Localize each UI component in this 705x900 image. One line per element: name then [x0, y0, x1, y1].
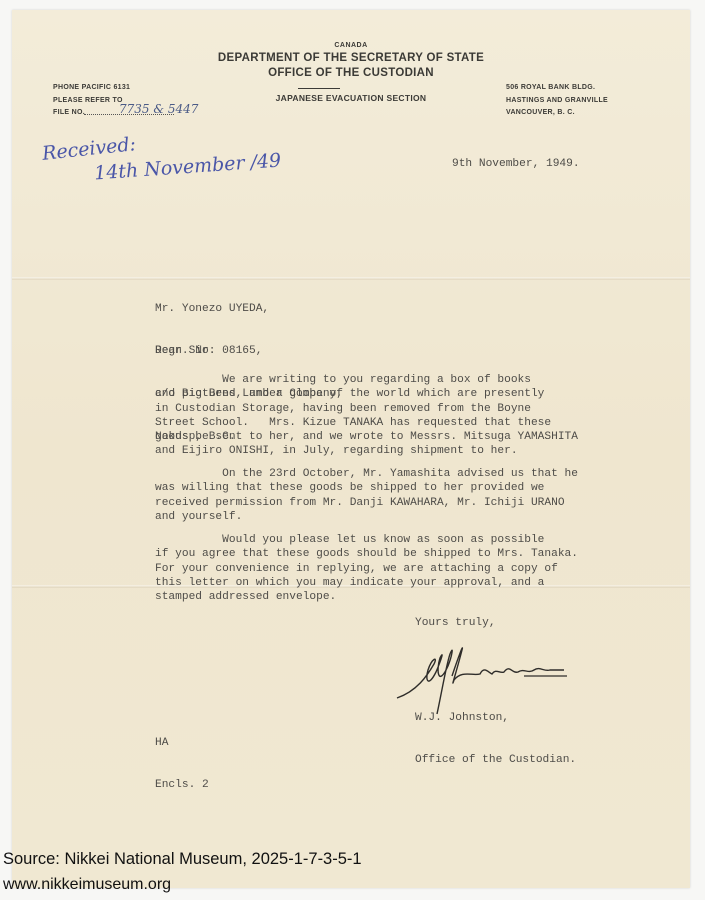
source-url: www.nikkeimuseum.org — [3, 876, 171, 894]
recipient-line: Mr. Yonezo UYEDA, — [155, 302, 343, 316]
typist-initials: HA — [155, 736, 209, 750]
source-credit: Source: Nikkei National Museum, 2025-1-7… — [3, 850, 362, 869]
body-paragraph: On the 23rd October, Mr. Yamashita advis… — [155, 467, 578, 524]
signatory: W.J. Johnston, Office of the Custodian. — [415, 682, 576, 796]
signatory-name: W.J. Johnston, — [415, 711, 576, 725]
letterhead-department: DEPARTMENT OF THE SECRETARY OF STATE — [12, 52, 690, 64]
file-number: 7735 & 5447 — [119, 102, 198, 116]
letter-page: CANADA DEPARTMENT OF THE SECRETARY OF ST… — [12, 10, 690, 888]
enclosures: Encls. 2 — [155, 778, 209, 792]
fold-line — [12, 277, 690, 280]
closing: Yours truly, — [415, 616, 496, 630]
body-paragraph: Would you please let us know as soon as … — [155, 533, 578, 604]
letterhead-divider — [298, 88, 340, 89]
body-paragraph: We are writing to you regarding a box of… — [155, 373, 578, 459]
signatory-title: Office of the Custodian. — [415, 753, 576, 767]
letterhead-address-1: 506 ROYAL BANK BLDG. — [506, 84, 595, 91]
letter-date: 9th November, 1949. — [452, 157, 580, 171]
salutation: Dear Sir: — [155, 344, 215, 358]
letterhead-country: CANADA — [12, 42, 690, 49]
letterhead-address-3: VANCOUVER, B. C. — [506, 109, 575, 116]
letterhead-address-2: HASTINGS AND GRANVILLE — [506, 97, 608, 104]
letterhead-phone: PHONE PACIFIC 6131 — [53, 84, 130, 91]
letterhead-refer: PLEASE REFER TO — [53, 97, 123, 104]
letterhead-office: OFFICE OF THE CUSTODIAN — [12, 67, 690, 79]
letterhead-file-label: FILE NO. — [53, 109, 85, 116]
reference-initials: HA Encls. 2 — [155, 707, 209, 821]
